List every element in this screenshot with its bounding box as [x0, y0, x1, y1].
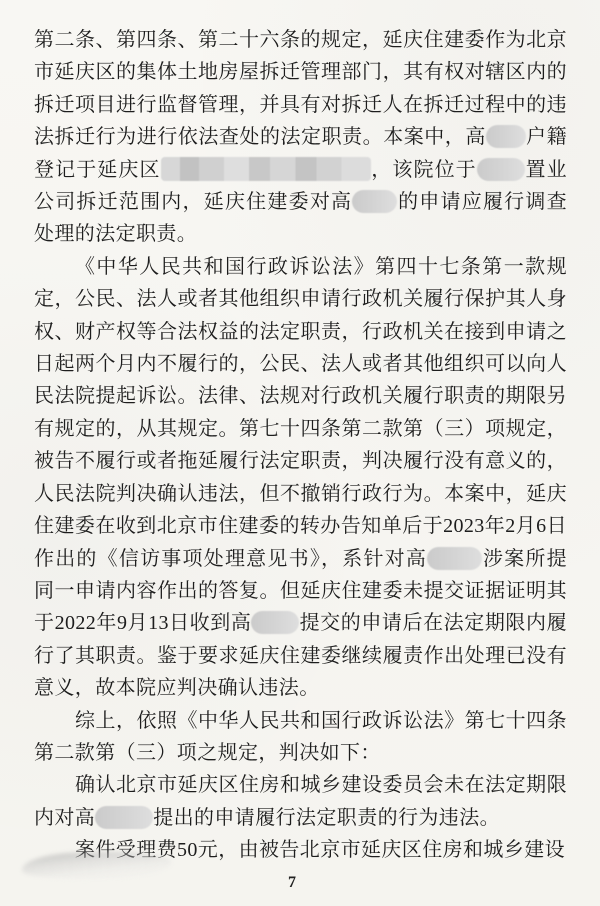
redaction-blob — [251, 611, 299, 634]
page-number: 7 — [280, 874, 304, 892]
paragraph: 确认北京市延庆区住房和城乡建设委员会未在法定期限内对高提出的申请履行法定职责的行… — [34, 769, 567, 834]
document-body: 第二条、第四条、第二十六条的规定，延庆住建委作为北京市延庆区的集体土地房屋拆迁管… — [34, 24, 567, 867]
paragraph: 《中华人民共和国行政诉讼法》第四十七条第一款规定，公民、法人或者其他组织申请行政… — [34, 251, 567, 705]
paragraph: 综上，依照《中华人民共和国行政诉讼法》第七十四条第二款第（三）项之规定，判决如下… — [34, 705, 567, 770]
text-segment: 综上，依照《中华人民共和国行政诉讼法》第七十四条第二款第（三）项之规定，判决如下… — [34, 710, 567, 764]
redaction-blob — [352, 190, 397, 213]
redaction-blob — [95, 806, 153, 829]
redaction-blob — [477, 158, 525, 181]
text-segment: ，该院位于 — [371, 159, 477, 181]
text-segment: 提出的申请履行法定职责的行为违法。 — [153, 807, 500, 829]
paragraph: 第二条、第四条、第二十六条的规定，延庆住建委作为北京市延庆区的集体土地房屋拆迁管… — [34, 24, 567, 251]
redaction-blob — [486, 125, 526, 148]
scanned-judgment-page: 第二条、第四条、第二十六条的规定，延庆住建委作为北京市延庆区的集体土地房屋拆迁管… — [0, 0, 600, 906]
redaction-blob — [161, 157, 371, 181]
text-segment: 《中华人民共和国行政诉讼法》第四十七条第一款规定，公民、法人或者其他组织申请行政… — [34, 256, 567, 570]
redaction-blob — [427, 547, 482, 570]
